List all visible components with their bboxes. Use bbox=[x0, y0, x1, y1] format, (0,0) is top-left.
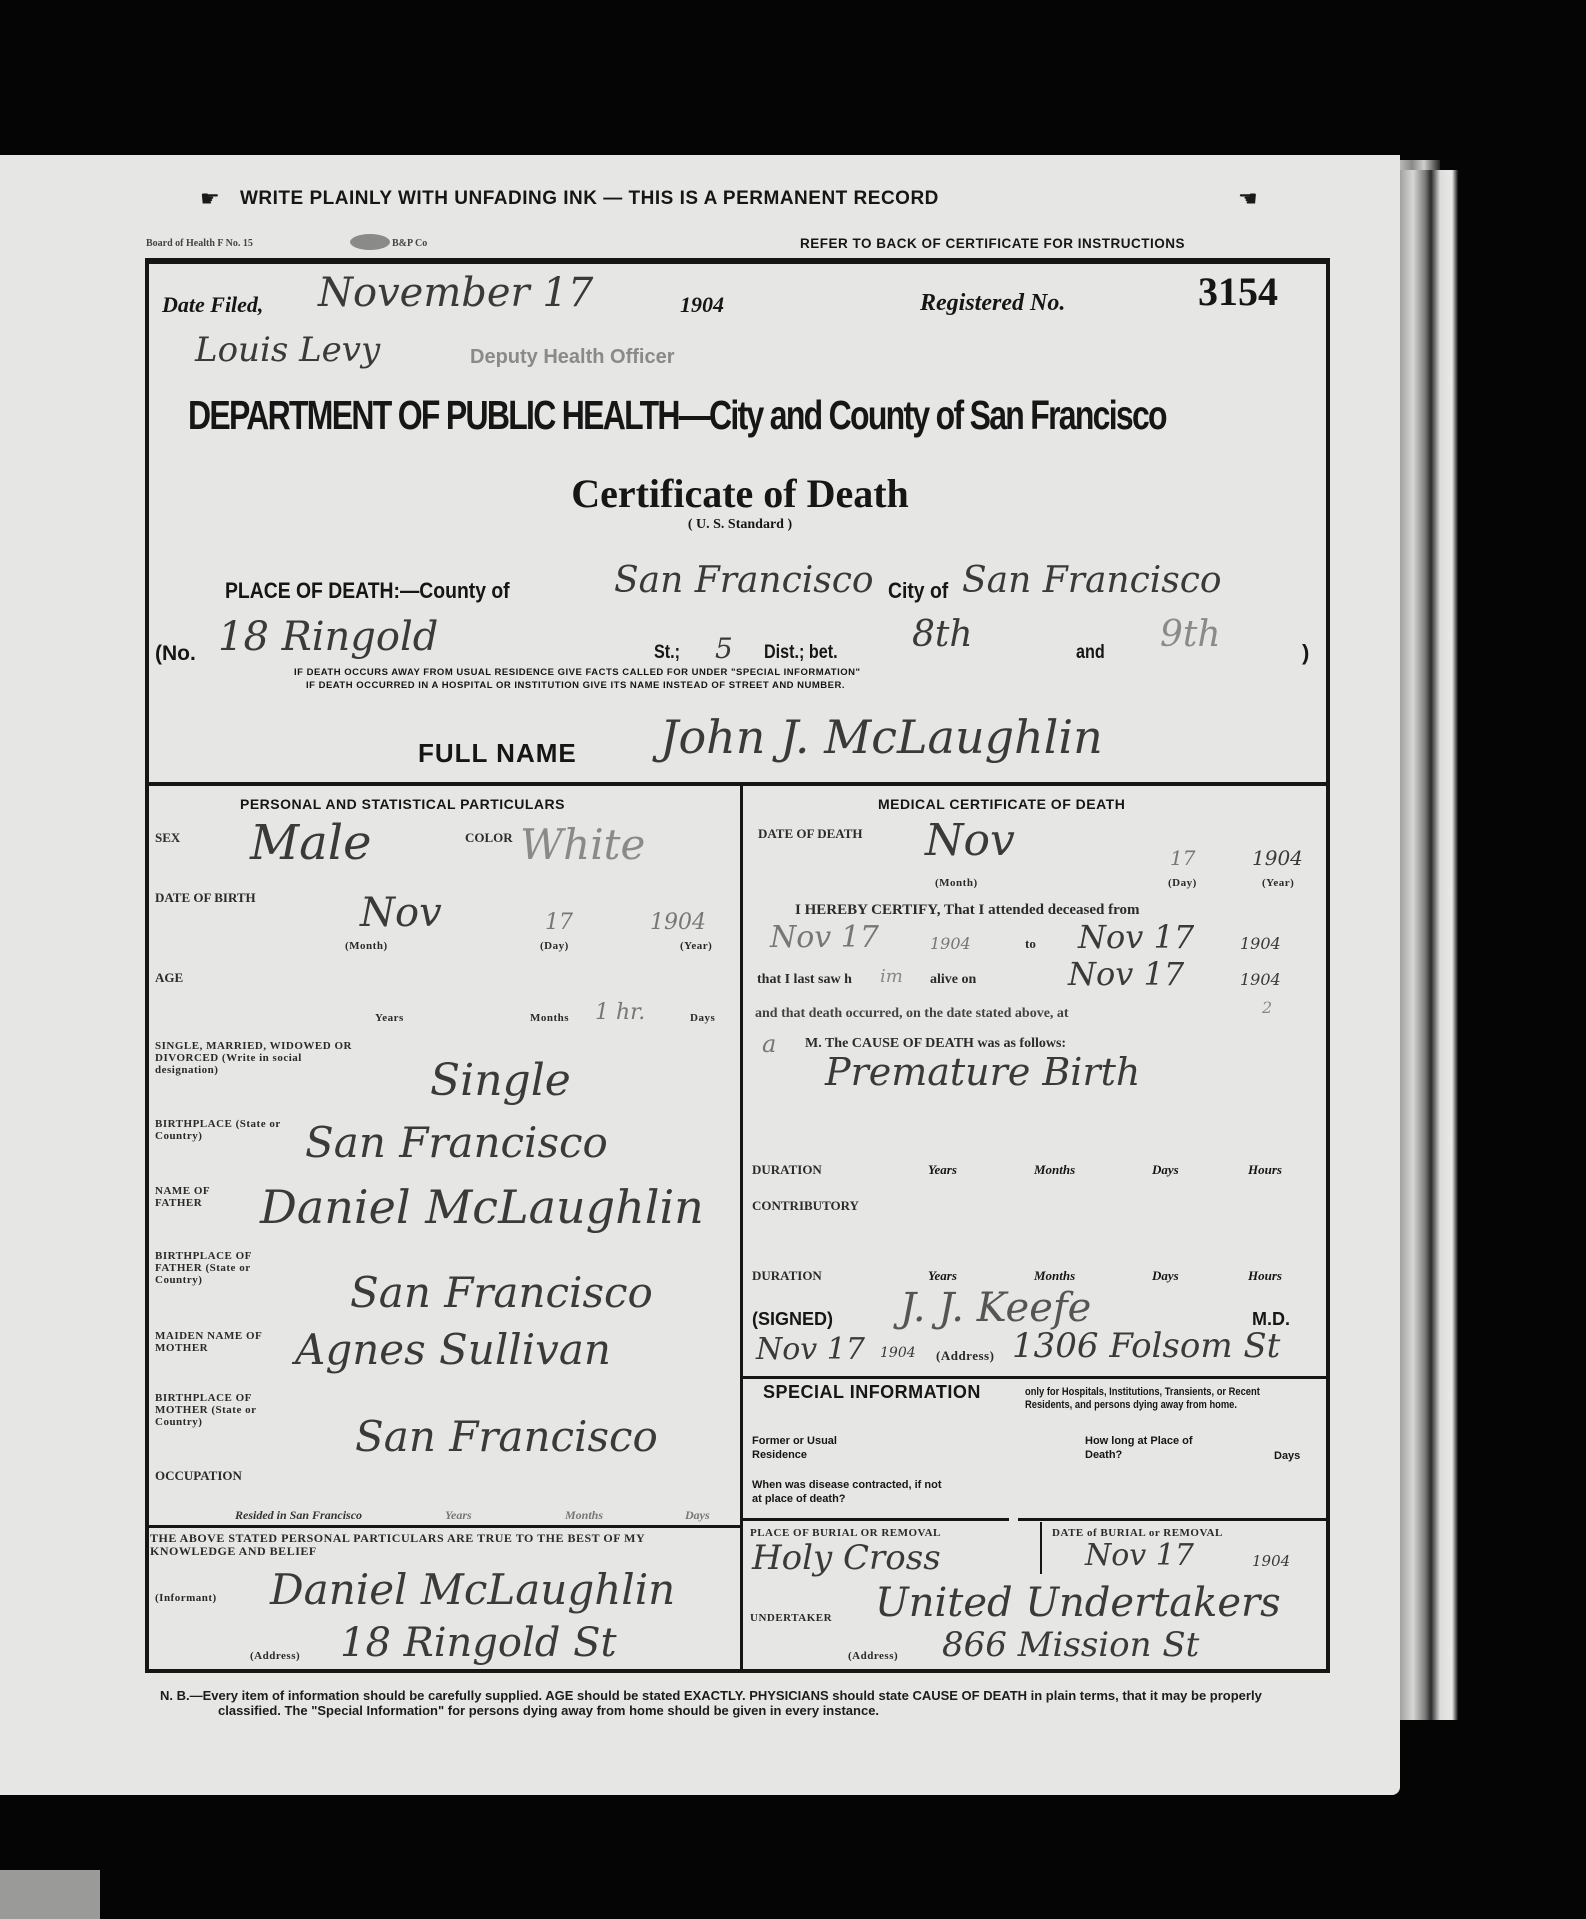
sex-label: SEX bbox=[155, 830, 180, 846]
color-label: COLOR bbox=[465, 830, 513, 846]
informant-name: Daniel McLaughlin bbox=[270, 1565, 675, 1614]
city-value: San Francisco bbox=[962, 560, 1222, 601]
dod-year: 1904 bbox=[1252, 846, 1303, 870]
hand-pointer-left-icon: ☚ bbox=[1238, 186, 1258, 212]
district-value: 5 bbox=[715, 632, 733, 665]
sex-value: Male bbox=[250, 815, 372, 871]
dob-label: DATE OF BIRTH bbox=[155, 890, 256, 906]
city-label: City of bbox=[888, 578, 948, 604]
burial-divider-left bbox=[741, 1518, 1009, 1521]
birthplace-value: San Francisco bbox=[305, 1118, 608, 1167]
column-divider bbox=[740, 786, 743, 1672]
days-label: Days bbox=[1274, 1450, 1300, 1462]
county-value: San Francisco bbox=[614, 560, 874, 601]
banner-text: WRITE PLAINLY WITH UNFADING INK — THIS I… bbox=[240, 188, 939, 210]
age-value: 1 hr. bbox=[595, 1000, 645, 1025]
mother-value: Agnes Sullivan bbox=[295, 1325, 611, 1374]
cause-value: Premature Birth bbox=[825, 1050, 1140, 1094]
officer-title: Deputy Health Officer bbox=[470, 346, 674, 369]
resided-label: Resided in San Francisco bbox=[235, 1508, 362, 1523]
last-saw-year: 1904 bbox=[1240, 970, 1281, 989]
mother-birthplace-value: San Francisco bbox=[355, 1412, 658, 1461]
dob-month: Nov bbox=[360, 890, 442, 936]
close-paren: ) bbox=[1302, 640, 1309, 666]
undertaker-value: United Undertakers bbox=[875, 1580, 1281, 1626]
mother-birthplace-label: BIRTHPLACE OF MOTHER (State or Country) bbox=[155, 1392, 275, 1428]
burial-column-divider bbox=[1040, 1522, 1042, 1574]
and-label: and bbox=[1076, 642, 1105, 664]
informant-statement: THE ABOVE STATED PERSONAL PARTICULARS AR… bbox=[150, 1532, 725, 1558]
burial-year: 1904 bbox=[1252, 1552, 1290, 1570]
attended-to-year: 1904 bbox=[1240, 934, 1281, 953]
dist-label: Dist.; bet. bbox=[764, 642, 838, 664]
dob-day-caption: (Day) bbox=[540, 940, 569, 952]
to-label: to bbox=[1025, 936, 1036, 952]
place-of-death-label: PLACE OF DEATH:—County of bbox=[225, 578, 510, 604]
duration-months-1: Months bbox=[1034, 1162, 1075, 1178]
medical-heading: MEDICAL CERTIFICATE OF DEATH bbox=[878, 796, 1125, 812]
date-filed-value: November 17 bbox=[318, 270, 593, 316]
resided-months: Months bbox=[565, 1508, 603, 1523]
color-value: White bbox=[520, 820, 645, 869]
officer-signature: Louis Levy bbox=[195, 330, 380, 370]
dod-month-caption: (Month) bbox=[935, 877, 978, 889]
dob-year: 1904 bbox=[650, 910, 706, 935]
st-label: St.; bbox=[654, 642, 680, 664]
undertaker-address: 866 Mission St bbox=[942, 1625, 1199, 1665]
contributory-label: CONTRIBUTORY bbox=[752, 1198, 859, 1214]
physician-signature: J. J. Keefe bbox=[900, 1285, 1091, 1331]
dod-label: DATE OF DEATH bbox=[758, 826, 863, 842]
resided-years: Years bbox=[445, 1508, 472, 1523]
certificate-subtitle: ( U. S. Standard ) bbox=[0, 517, 1480, 533]
marital-label: SINGLE, MARRIED, WIDOWED OR DIVORCED (Wr… bbox=[155, 1040, 365, 1076]
place-note-line-2: IF DEATH OCCURRED IN A HOSPITAL OR INSTI… bbox=[306, 680, 845, 691]
physician-address-label: (Address) bbox=[936, 1350, 994, 1362]
underlying-page-corner bbox=[0, 1870, 100, 1919]
certify-text: I HEREBY CERTIFY, That I attended deceas… bbox=[795, 902, 1140, 919]
attended-to: Nov 17 bbox=[1078, 918, 1194, 956]
last-saw-date: Nov 17 bbox=[1068, 955, 1184, 993]
personal-heading: PERSONAL AND STATISTICAL PARTICULARS bbox=[240, 796, 565, 812]
printer-mark: B&P Co bbox=[392, 238, 427, 249]
burial-divider-right bbox=[1018, 1518, 1327, 1521]
alive-text: alive on bbox=[930, 972, 976, 988]
contracted-label: When was disease contracted, if not at p… bbox=[752, 1478, 952, 1506]
burial-date-value: Nov 17 bbox=[1085, 1538, 1194, 1573]
birthplace-label: BIRTHPLACE (State or Country) bbox=[155, 1118, 285, 1142]
duration-hours-1: Hours bbox=[1248, 1162, 1282, 1178]
place-note-line-1: IF DEATH OCCURS AWAY FROM USUAL RESIDENC… bbox=[294, 667, 860, 678]
resided-days: Days bbox=[685, 1508, 710, 1523]
department-title: DEPARTMENT OF PUBLIC HEALTH—City and Cou… bbox=[188, 392, 1166, 439]
street-value: 18 Ringold bbox=[218, 614, 438, 660]
mother-label: MAIDEN NAME OF MOTHER bbox=[155, 1330, 285, 1354]
special-heading-note: only for Hospitals, Institutions, Transi… bbox=[1025, 1386, 1280, 1412]
age-label: AGE bbox=[155, 970, 183, 986]
time-ampm: a bbox=[762, 1030, 776, 1058]
between-street-2: 9th bbox=[1160, 614, 1221, 655]
signed-year: 1904 bbox=[880, 1345, 916, 1361]
full-name-label: FULL NAME bbox=[418, 738, 577, 769]
instructions-note: REFER TO BACK OF CERTIFICATE FOR INSTRUC… bbox=[800, 236, 1185, 251]
dod-year-caption: (Year) bbox=[1262, 877, 1294, 889]
dob-day: 17 bbox=[545, 910, 573, 935]
duration-label-2: DURATION bbox=[752, 1268, 822, 1284]
dod-month: Nov bbox=[925, 815, 1015, 866]
duration-days-2: Days bbox=[1152, 1268, 1179, 1284]
book-binding bbox=[1398, 170, 1458, 1720]
occurred-text: and that death occurred, on the date sta… bbox=[755, 1006, 1069, 1022]
attended-from-year: 1904 bbox=[930, 934, 971, 953]
union-label-seal-icon bbox=[350, 234, 390, 250]
special-heading: SPECIAL INFORMATION bbox=[763, 1382, 981, 1403]
informant-address-label: (Address) bbox=[250, 1650, 300, 1662]
dod-day: 17 bbox=[1170, 846, 1195, 870]
informant-divider bbox=[147, 1525, 741, 1528]
age-months-caption: Months bbox=[530, 1012, 569, 1024]
registered-label: Registered No. bbox=[920, 290, 1065, 317]
occupation-label: OCCUPATION bbox=[155, 1468, 242, 1484]
informant-address: 18 Ringold St bbox=[340, 1620, 617, 1666]
duration-years-1: Years bbox=[928, 1162, 957, 1178]
dob-year-caption: (Year) bbox=[680, 940, 712, 952]
last-saw-text: that I last saw h bbox=[757, 972, 852, 988]
informant-label: (Informant) bbox=[155, 1592, 217, 1604]
signed-date: Nov 17 bbox=[756, 1332, 865, 1367]
duration-days-1: Days bbox=[1152, 1162, 1179, 1178]
burial-place-value: Holy Cross bbox=[752, 1538, 941, 1578]
street-no-label: (No. bbox=[155, 642, 196, 666]
between-street-1: 8th bbox=[912, 614, 973, 655]
dod-day-caption: (Day) bbox=[1168, 877, 1197, 889]
last-saw-pronoun: im bbox=[880, 966, 903, 987]
dob-month-caption: (Month) bbox=[345, 940, 388, 952]
full-name-divider bbox=[147, 782, 1327, 786]
father-label: NAME OF FATHER bbox=[155, 1185, 235, 1209]
duration-months-2: Months bbox=[1034, 1268, 1075, 1284]
certificate-title: Certificate of Death bbox=[0, 470, 1480, 517]
father-birthplace-value: San Francisco bbox=[350, 1268, 653, 1317]
how-long-label: How long at Place of Death? bbox=[1085, 1434, 1205, 1462]
undertaker-label: UNDERTAKER bbox=[750, 1612, 832, 1624]
time-hour: 2 bbox=[1262, 998, 1272, 1017]
duration-label-1: DURATION bbox=[752, 1162, 822, 1178]
special-divider bbox=[741, 1376, 1327, 1379]
father-value: Daniel McLaughlin bbox=[260, 1180, 704, 1234]
hand-pointer-right-icon: ☛ bbox=[200, 186, 220, 212]
attended-from: Nov 17 bbox=[770, 920, 879, 955]
duration-years-2: Years bbox=[928, 1268, 957, 1284]
age-days-caption: Days bbox=[690, 1012, 715, 1024]
age-years-caption: Years bbox=[375, 1012, 404, 1024]
footnote: N. B.—Every item of information should b… bbox=[160, 1688, 1288, 1718]
undertaker-address-label: (Address) bbox=[848, 1650, 898, 1662]
full-name-value: John J. McLaughlin bbox=[660, 710, 1103, 764]
registered-number: 3154 bbox=[1198, 268, 1278, 315]
physician-address: 1306 Folsom St bbox=[1012, 1326, 1280, 1366]
signed-label: (SIGNED) bbox=[752, 1309, 833, 1330]
former-residence-label: Former or Usual Residence bbox=[752, 1434, 872, 1462]
date-filed-label: Date Filed, bbox=[162, 292, 263, 318]
form-code: Board of Health F No. 15 bbox=[146, 238, 253, 249]
date-filed-year: 1904 bbox=[680, 292, 724, 318]
duration-hours-2: Hours bbox=[1248, 1268, 1282, 1284]
father-birthplace-label: BIRTHPLACE OF FATHER (State or Country) bbox=[155, 1250, 265, 1286]
marital-value: Single bbox=[430, 1055, 571, 1106]
